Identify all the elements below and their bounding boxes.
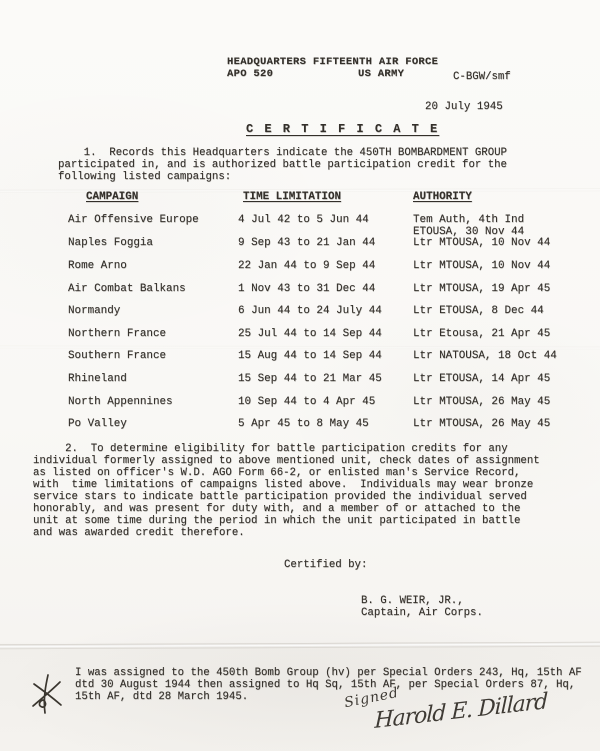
footnote-line: dtd 30 August 1944 then assigned to Hq S… <box>75 679 575 691</box>
authority-cell: Ltr NATOUSA, 18 Oct 44 <box>413 351 557 363</box>
time-cell: 4 Jul 42 to 5 Jun 44 <box>238 215 369 227</box>
document-title: C E R T I F I C A T E <box>246 123 439 135</box>
table-row: Southern France 15 Aug 44 to 14 Sep 44 L… <box>0 351 600 365</box>
fold-crease-lower <box>0 642 600 650</box>
document-date: 20 July 1945 <box>425 101 503 113</box>
para2-line: 2. To determine eligibility for battle p… <box>33 443 508 455</box>
footnote-line: 15th AF, dtd 28 March 1945. <box>75 691 248 703</box>
table-row: Rhineland 15 Sep 44 to 21 Mar 45 Ltr ETO… <box>0 374 600 388</box>
table-header-row: CAMPAIGN TIME LIMITATION AUTHORITY <box>0 192 600 206</box>
table-row: Naples Foggia 9 Sep 43 to 21 Jan 44 Ltr … <box>0 238 600 252</box>
time-cell: 6 Jun 44 to 24 July 44 <box>238 306 382 318</box>
column-header-authority: AUTHORITY <box>413 192 472 204</box>
authority-cell: Ltr ETOUSA, 8 Dec 44 <box>413 306 544 318</box>
time-cell: 10 Sep 44 to 4 Apr 45 <box>238 397 375 409</box>
authority-cell: Ltr MTOUSA, 26 May 45 <box>413 397 550 409</box>
column-header-campaign: CAMPAIGN <box>86 192 138 204</box>
signer-name: B. G. WEIR, JR., <box>361 595 464 607</box>
authority-cell: Ltr ETOUSA, 14 Apr 45 <box>413 374 550 386</box>
campaign-cell: Air Combat Balkans <box>68 284 186 296</box>
time-cell: 25 Jul 44 to 14 Sep 44 <box>238 329 382 341</box>
time-cell: 5 Apr 45 to 8 May 45 <box>238 419 369 431</box>
column-header-time: TIME LIMITATION <box>243 192 341 204</box>
table-row: Normandy 6 Jun 44 to 24 July 44 Ltr ETOU… <box>0 306 600 320</box>
time-cell: 15 Sep 44 to 21 Mar 45 <box>238 374 382 386</box>
branch-name: US ARMY <box>358 68 404 80</box>
office-symbol: C-BGW/smf <box>453 71 511 83</box>
authority-cell: Ltr MTOUSA, 26 May 45 <box>413 419 550 431</box>
para2-line: and was awarded credit therefore. <box>33 527 245 539</box>
time-cell: 15 Aug 44 to 14 Sep 44 <box>238 351 382 363</box>
time-cell: 22 Jan 44 to 9 Sep 44 <box>238 261 375 273</box>
campaign-cell: Rhineland <box>68 374 127 386</box>
table-row: Air Offensive Europe 4 Jul 42 to 5 Jun 4… <box>0 215 600 229</box>
fold-crease-middle <box>0 345 600 349</box>
para2-line: as listed on officer's W.D. AGO Form 66-… <box>33 467 520 479</box>
para2-line: individual formerly assigned to above me… <box>33 455 540 467</box>
authority-cell: Ltr Etousa, 21 Apr 45 <box>413 329 550 341</box>
campaign-cell: Po Valley <box>68 419 127 431</box>
table-row: Northern France 25 Jul 44 to 14 Sep 44 L… <box>0 329 600 343</box>
para2-line: with time limitations of campaigns liste… <box>33 479 533 491</box>
org-name: HEADQUARTERS FIFTEENTH AIR FORCE <box>227 56 438 68</box>
signer-title: Captain, Air Corps. <box>361 607 483 619</box>
certified-by-label: Certified by: <box>284 559 367 571</box>
campaign-cell: Southern France <box>68 351 166 363</box>
para2-line: honorably, and was present for duty with… <box>33 503 520 515</box>
hand-drawn-asterisk-mark <box>30 672 64 718</box>
time-cell: 9 Sep 43 to 21 Jan 44 <box>238 238 375 250</box>
handwritten-signature: Harold E. Dillard <box>374 689 547 734</box>
campaign-cell: North Appennines <box>68 397 173 409</box>
campaign-cell: Normandy <box>68 306 120 318</box>
table-row: Po Valley 5 Apr 45 to 8 May 45 Ltr MTOUS… <box>0 419 600 433</box>
para1-line: participated in, and is authorized battl… <box>58 159 507 171</box>
authority-cell: Ltr MTOUSA, 19 Apr 45 <box>413 284 550 296</box>
campaign-cell: Air Offensive Europe <box>68 215 199 227</box>
scanned-certificate-document: HEADQUARTERS FIFTEENTH AIR FORCE APO 520… <box>0 0 600 751</box>
campaign-cell: Rome Arno <box>68 261 127 273</box>
authority-cell: Ltr MTOUSA, 10 Nov 44 <box>413 261 550 273</box>
para2-line: service stars to indicate battle partici… <box>33 491 527 503</box>
para1-line: 1. Records this Headquarters indicate th… <box>58 147 507 159</box>
table-row: Rome Arno 22 Jan 44 to 9 Sep 44 Ltr MTOU… <box>0 261 600 275</box>
para1-line: following listed campaigns: <box>58 171 231 183</box>
footnote-line: I was assigned to the 450th Bomb Group (… <box>75 667 582 679</box>
authority-cell: Tem Auth, 4th Ind ETOUSA, 30 Nov 44 <box>413 215 524 238</box>
table-row: North Appennines 10 Sep 44 to 4 Apr 45 L… <box>0 397 600 411</box>
para2-line: unit at some time during the period in w… <box>33 515 520 527</box>
authority-cell: Ltr MTOUSA, 10 Nov 44 <box>413 238 550 250</box>
table-row: Air Combat Balkans 1 Nov 43 to 31 Dec 44… <box>0 284 600 298</box>
time-cell: 1 Nov 43 to 31 Dec 44 <box>238 284 375 296</box>
campaign-cell: Naples Foggia <box>68 238 153 250</box>
campaign-cell: Northern France <box>68 329 166 341</box>
apo-number: APO 520 <box>227 68 273 80</box>
